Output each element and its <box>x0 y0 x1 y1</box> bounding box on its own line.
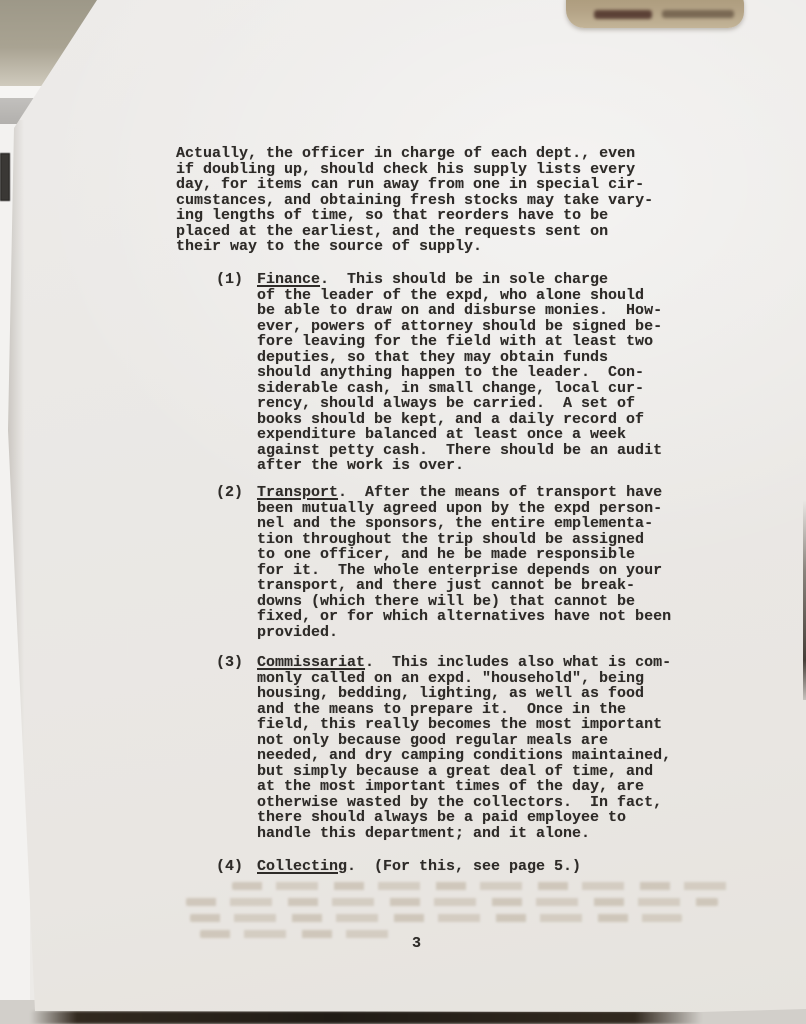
bleedthrough-text-line <box>200 930 390 938</box>
item-2-text: . After the means of transport have been… <box>257 484 671 641</box>
item-2-number: (2) <box>216 485 243 501</box>
item-4-title: Collecting <box>257 858 347 875</box>
bleedthrough-text-line <box>186 898 718 906</box>
item-2-body: Transport. After the means of transport … <box>257 485 671 640</box>
bleedthrough-text-line <box>232 882 737 890</box>
item-3-text: . This includes also what is com- monly … <box>257 654 671 842</box>
item-1-body: Finance. This should be in sole charge o… <box>257 272 662 474</box>
item-1-text: . This should be in sole charge of the l… <box>257 271 662 474</box>
item-1-number: (1) <box>216 272 243 288</box>
tab-stamp-mark <box>594 10 652 19</box>
scanned-document: Actually, the officer in charge of each … <box>0 0 806 1024</box>
item-3-body: Commissariat. This includes also what is… <box>257 655 671 841</box>
item-3-number: (3) <box>216 655 243 671</box>
intro-paragraph: Actually, the officer in charge of each … <box>176 146 653 255</box>
page-number: 3 <box>412 936 421 952</box>
item-1-title: Finance <box>257 271 320 288</box>
item-2-title: Transport <box>257 484 338 501</box>
bottom-edge-shadow <box>30 1011 702 1024</box>
folder-tab <box>566 0 744 28</box>
paper-page: Actually, the officer in charge of each … <box>0 0 806 1024</box>
tab-stamp-mark <box>662 10 734 18</box>
item-3-title: Commissariat <box>257 654 365 671</box>
item-4-text: . (For this, see page 5.) <box>347 858 581 875</box>
left-edge-dark-mark <box>0 153 10 201</box>
item-4-body: Collecting. (For this, see page 5.) <box>257 859 581 875</box>
bleedthrough-text-line <box>190 914 682 922</box>
item-4-number: (4) <box>216 859 243 875</box>
